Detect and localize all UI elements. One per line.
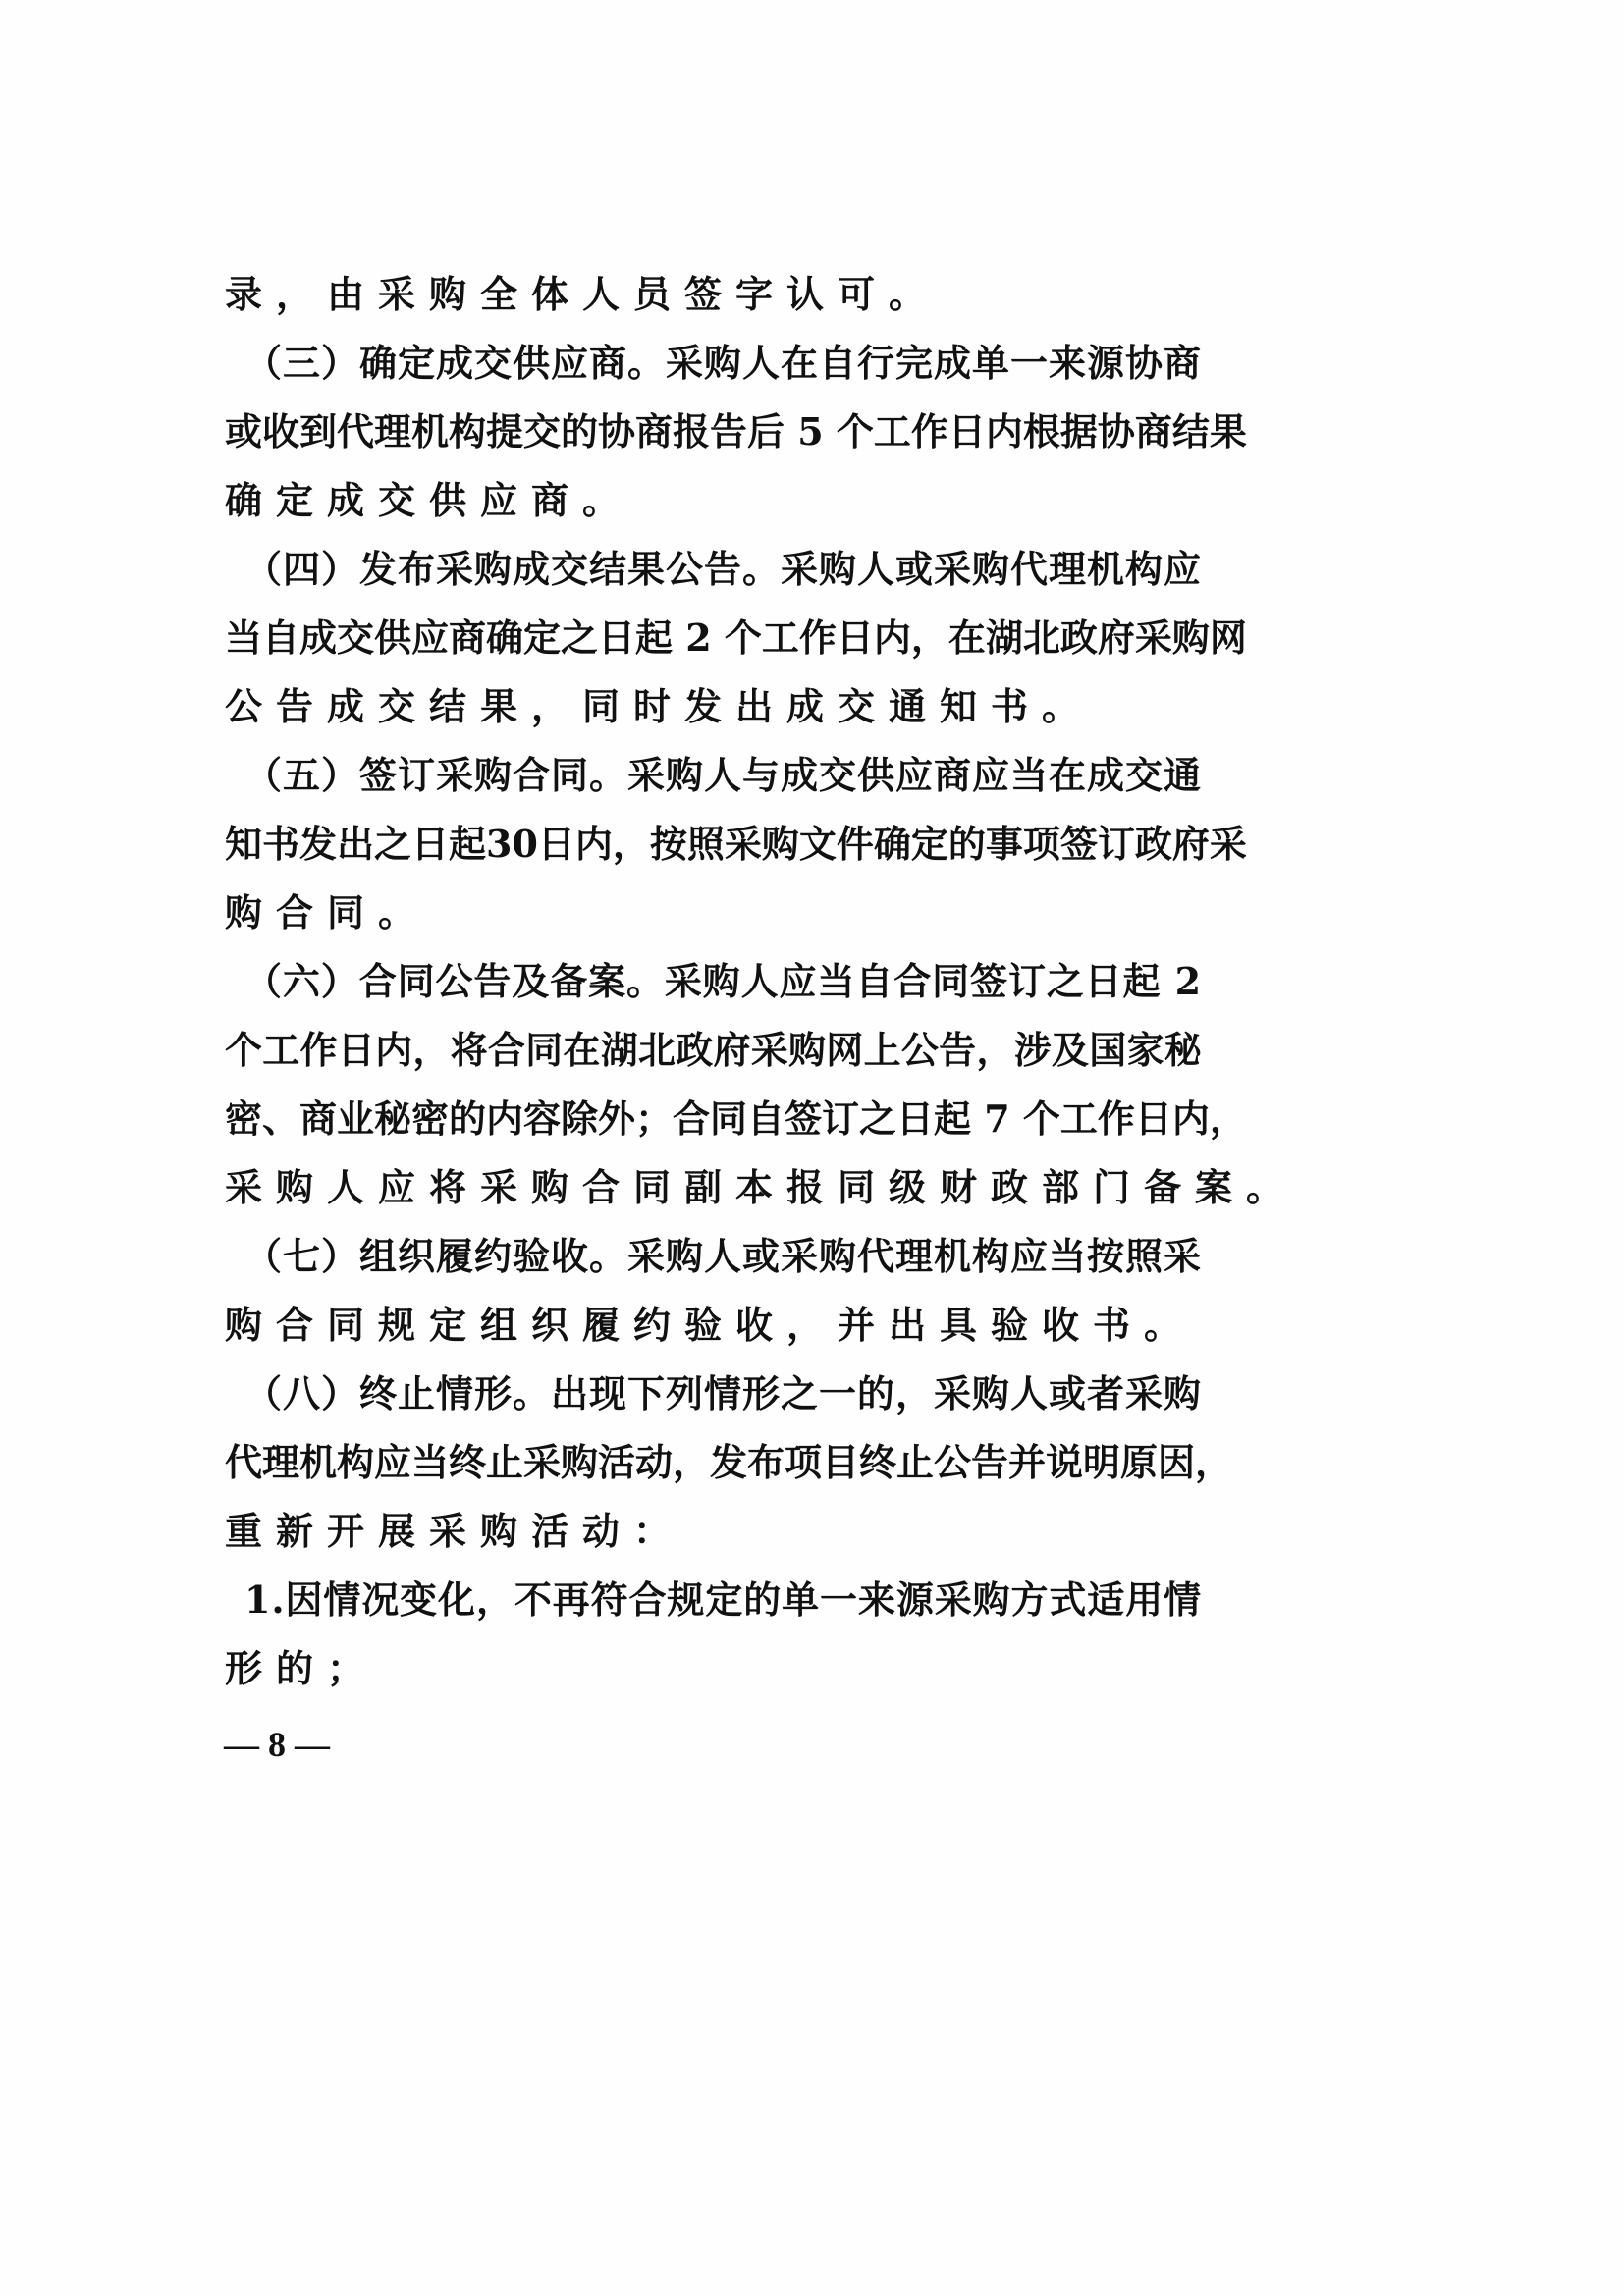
text-line: 采购人应将采购合同副本报同级财政部门备案。 bbox=[225, 1153, 1202, 1222]
text-line: 当自成交供应商确定之日起 2 个工作日内，在湖北政府采购网 bbox=[225, 604, 1202, 672]
text-line: 重新开展采购活动： bbox=[225, 1497, 1202, 1566]
paragraph-heading-6: （六）合同公告及备案。采购人应当自合同签订之日起 2 bbox=[225, 947, 1202, 1016]
paragraph-heading-4: （四）发布采购成交结果公告。采购人或采购代理机构应 bbox=[225, 535, 1202, 604]
text-line: 个工作日内，将合同在湖北政府采购网上公告，涉及国家秘 bbox=[225, 1016, 1202, 1085]
text-line: 录，由采购全体人员签字认可。 bbox=[225, 260, 1202, 329]
list-item-1: 1.因情况变化，不再符合规定的单一来源采购方式适用情 bbox=[225, 1566, 1202, 1634]
paragraph-heading-3: （三）确定成交供应商。采购人在自行完成单一来源协商 bbox=[225, 329, 1202, 398]
text-line: 知书发出之日起30日内，按照采购文件确定的事项签订政府采 bbox=[225, 810, 1202, 879]
paragraph-heading-7: （七）组织履约验收。采购人或采购代理机构应当按照采 bbox=[225, 1222, 1202, 1291]
page-number: — 8 — bbox=[224, 1725, 330, 1764]
text-line: 代理机构应当终止采购活动，发布项目终止公告并说明原因， bbox=[225, 1428, 1202, 1497]
text-line: 确定成交供应商。 bbox=[225, 466, 1202, 535]
text-line: 密、商业秘密的内容除外；合同自签订之日起 7 个工作日内， bbox=[225, 1085, 1202, 1153]
document-body: 录，由采购全体人员签字认可。 （三）确定成交供应商。采购人在自行完成单一来源协商… bbox=[225, 260, 1202, 1703]
text-line: 购合同。 bbox=[225, 879, 1202, 947]
paragraph-heading-8: （八）终止情形。出现下列情形之一的，采购人或者采购 bbox=[225, 1360, 1202, 1428]
text-line: 公告成交结果，同时发出成交通知书。 bbox=[225, 672, 1202, 741]
text-line: 形的； bbox=[225, 1634, 1202, 1703]
text-line: 购合同规定组织履约验收，并出具验收书。 bbox=[225, 1291, 1202, 1360]
document-page: 录，由采购全体人员签字认可。 （三）确定成交供应商。采购人在自行完成单一来源协商… bbox=[0, 0, 1624, 2296]
text-line: 或收到代理机构提交的协商报告后 5 个工作日内根据协商结果 bbox=[225, 398, 1202, 466]
paragraph-heading-5: （五）签订采购合同。采购人与成交供应商应当在成交通 bbox=[225, 741, 1202, 810]
